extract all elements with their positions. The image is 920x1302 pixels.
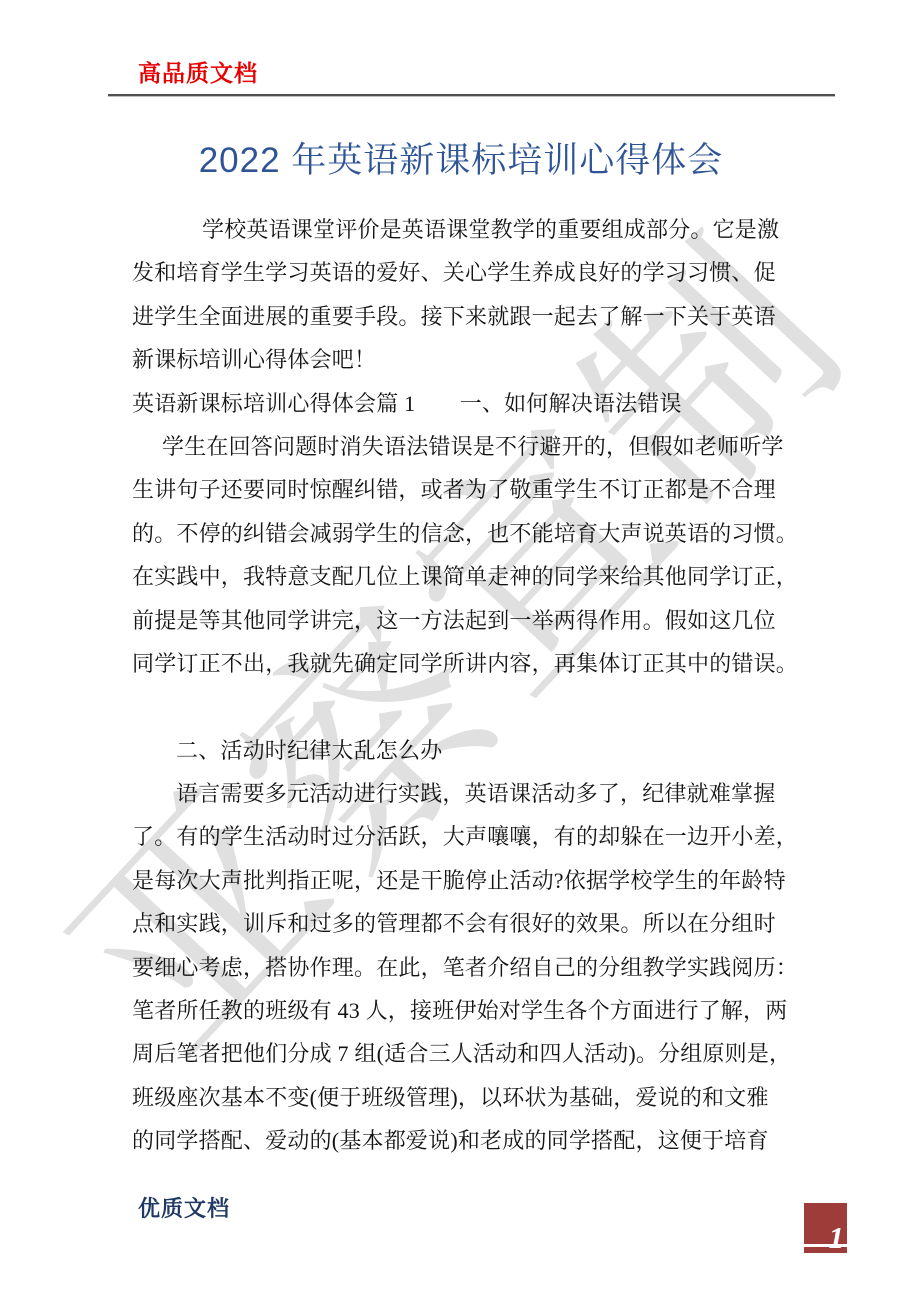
text-line: 生讲句子还要同时惊醒纠错，或者为了敬重学生不订正都是不合理 xyxy=(132,468,790,511)
text-line: 英语新课标培训心得体会篇 1 一、如何解决语法错误 xyxy=(132,382,790,425)
document-body: 学校英语课堂评价是英语课堂教学的重要组成部分。它是激发和培育学生学习英语的爱好、… xyxy=(132,208,790,1163)
text-line: 的。不停的纠错会减弱学生的信念，也不能培育大声说英语的习惯。 xyxy=(132,512,790,555)
text-line: 点和实践，训斥和过多的管理都不会有很好的效果。所以在分组时 xyxy=(132,902,790,945)
text-line: 二、活动时纪律太乱怎么办 xyxy=(132,729,790,772)
text-line: 发和培育学生学习英语的爱好、关心学生养成良好的学习习惯、促 xyxy=(132,251,790,294)
page-number-badge: 1 xyxy=(804,1203,847,1253)
text-line: 在实践中，我特意支配几位上课简单走神的同学来给其他同学订正， xyxy=(132,555,790,598)
text-line: 前提是等其他同学讲完，这一方法起到一举两得作用。假如这几位 xyxy=(132,599,790,642)
text-line: 同学订正不出，我就先确定同学所讲内容，再集体订正其中的错误。 xyxy=(132,642,790,685)
text-line: 语言需要多元活动进行实践，英语课活动多了，纪律就难掌握 xyxy=(132,772,790,815)
document-page: 亚察宣制 高品质文档 2022 年英语新课标培训心得体会 学校英语课堂评价是英语… xyxy=(0,0,920,1302)
document-title: 2022 年英语新课标培训心得体会 xyxy=(132,133,790,183)
text-line: 周后笔者把他们分成 7 组(适合三人活动和四人活动)。分组原则是， xyxy=(132,1032,790,1075)
text-line: 学校英语课堂评价是英语课堂教学的重要组成部分。它是激 xyxy=(132,208,790,251)
text-line: 新课标培训心得体会吧！ xyxy=(132,338,790,381)
text-line: 的同学搭配、爱动的(基本都爱说)和老成的同学搭配，这便于培育 xyxy=(132,1119,790,1162)
text-line: 进学生全面进展的重要手段。接下来就跟一起去了解一下关于英语 xyxy=(132,295,790,338)
text-line xyxy=(132,685,790,728)
page-number: 1 xyxy=(829,1216,845,1259)
footer-brand-label: 优质文档 xyxy=(138,1192,230,1223)
text-line: 学生在回答问题时消失语法错误是不行避开的，但假如老师听学 xyxy=(132,425,790,468)
header-divider-line xyxy=(108,94,835,96)
header-brand-label: 高品质文档 xyxy=(138,55,258,88)
text-line: 班级座次基本不变(便于班级管理)，以环状为基础，爱说的和文雅 xyxy=(132,1076,790,1119)
text-line: 笔者所任教的班级有 43 人，接班伊始对学生各个方面进行了解，两 xyxy=(132,989,790,1032)
text-line: 了。有的学生活动时过分活跃，大声嚷嚷，有的却躲在一边开小差， xyxy=(132,815,790,858)
text-line: 要细心考虑，搭协作理。在此，笔者介绍自己的分组教学实践阅历： xyxy=(132,946,790,989)
text-line: 是每次大声批判指正呢，还是干脆停止活动?依据学校学生的年龄特 xyxy=(132,859,790,902)
